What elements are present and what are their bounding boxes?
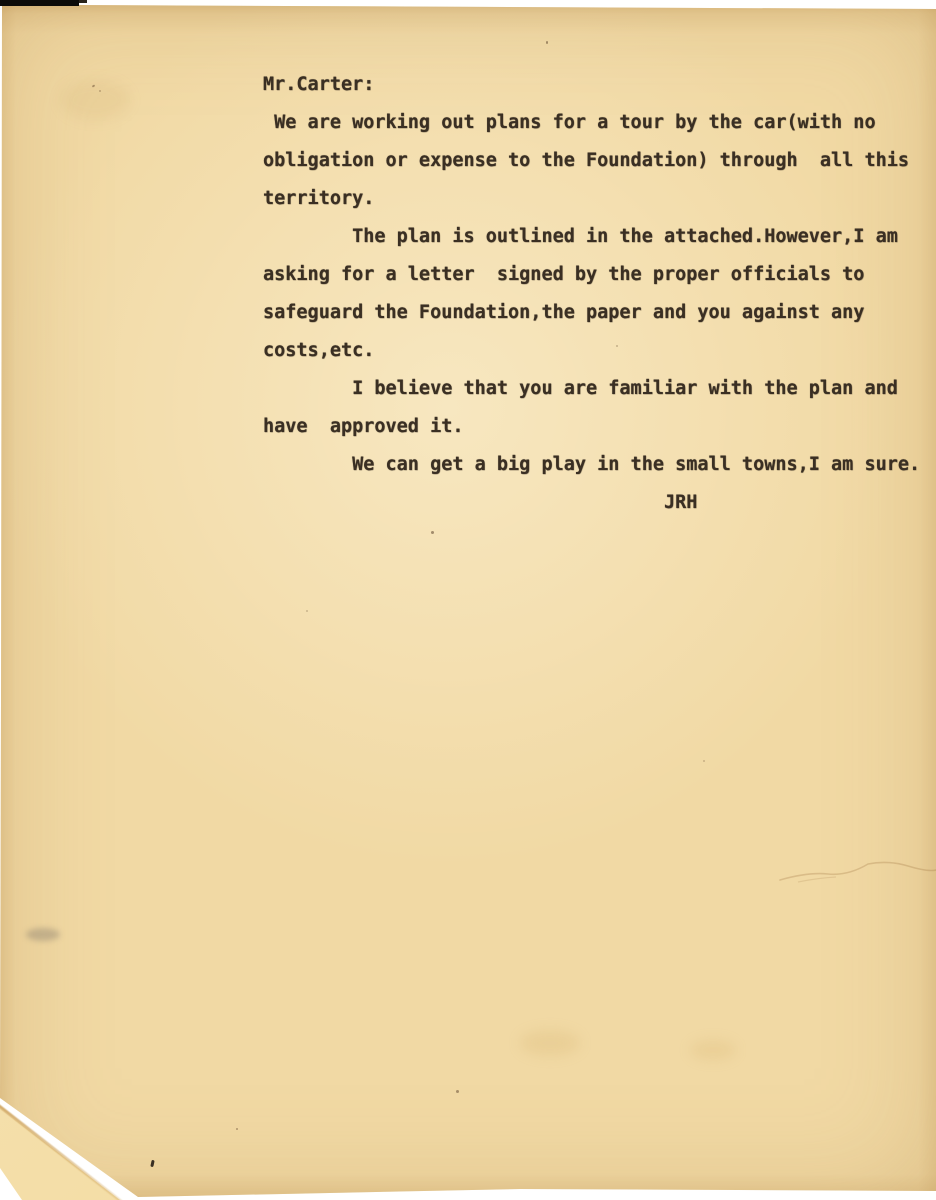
letter-line: We can get a big play in the small towns… <box>263 446 920 484</box>
paper-speck <box>703 760 705 762</box>
letter-line: safeguard the Foundation,the paper and y… <box>263 294 920 332</box>
letter-line: asking for a letter signed by the proper… <box>263 256 920 294</box>
paper-speck <box>236 1128 238 1130</box>
letter-signature: JRH <box>263 484 920 522</box>
letter-line: costs,etc. <box>263 332 920 370</box>
letter-salutation: Mr.Carter: <box>263 66 920 104</box>
scanned-letter-page: Mr.Carter: We are working out plans for … <box>0 0 936 1200</box>
smudge-mark <box>26 928 60 941</box>
paper-speck <box>456 1090 459 1093</box>
letter-line: We are working out plans for a tour by t… <box>263 104 920 142</box>
paper-speck <box>546 41 548 44</box>
letter-line: territory. <box>263 180 920 218</box>
paper-speck <box>431 531 434 534</box>
scan-artifact-black-bar <box>0 0 79 6</box>
scan-artifact-black-bar-tail <box>79 0 87 3</box>
letter-line: I believe that you are familiar with the… <box>263 370 920 408</box>
paper-stain <box>60 80 130 120</box>
paper-stain <box>520 1030 580 1056</box>
letter-line: obligation or expense to the Foundation)… <box>263 142 920 180</box>
letter-line: have approved it. <box>263 408 920 446</box>
letter-body: Mr.Carter: We are working out plans for … <box>263 66 920 522</box>
paper-speck <box>306 610 308 612</box>
paper-stain <box>690 1040 736 1060</box>
crease-mark <box>778 850 936 890</box>
letter-line: The plan is outlined in the attached.How… <box>263 218 920 256</box>
